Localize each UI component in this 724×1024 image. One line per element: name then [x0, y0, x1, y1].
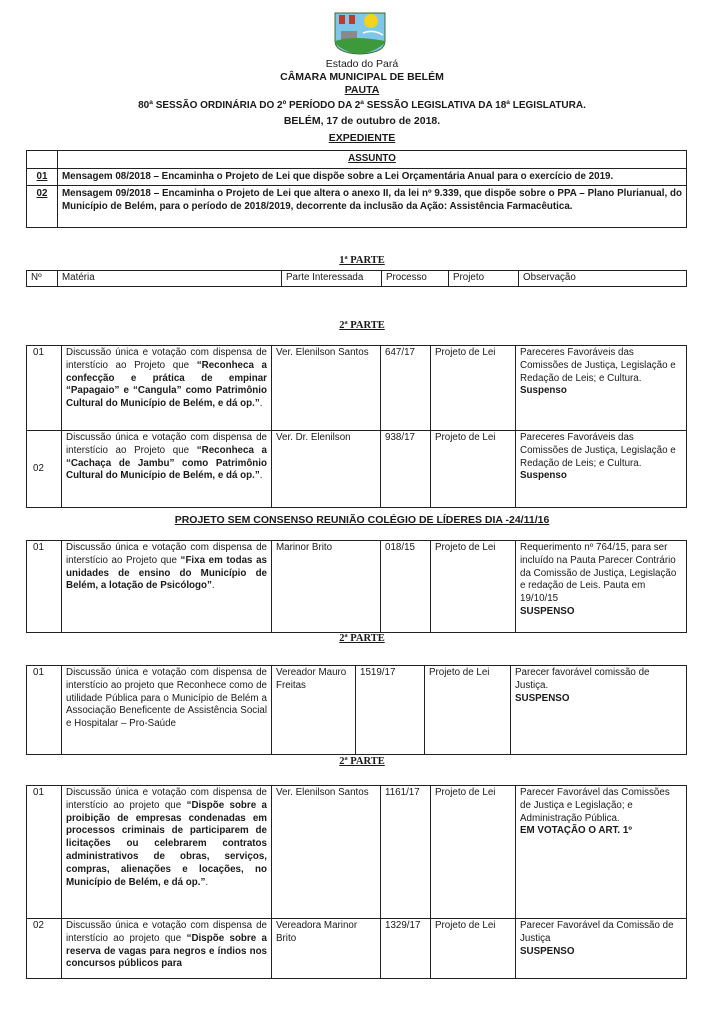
table-row: 01 Discussão única e votação com dispens…: [27, 786, 687, 919]
materia-cell: Discussão única e votação com dispensa d…: [62, 346, 272, 431]
row-number: 02: [27, 431, 62, 508]
projeto: Projeto de Lei: [431, 541, 516, 633]
row-number: 02: [27, 186, 58, 228]
projeto: Projeto de Lei: [425, 666, 511, 755]
table-row: 02 Discussão única e votação com dispens…: [27, 431, 687, 508]
status-label: SUSPENSO: [515, 693, 569, 704]
observacao: Parecer Favorável das Comissões de Justi…: [516, 786, 687, 919]
observacao: Parecer Favorável da Comissão de Justiça…: [516, 919, 687, 979]
materia-cell: Discussão única e votação com dispensa d…: [62, 666, 272, 755]
parte-interessada: Marinor Brito: [272, 541, 381, 633]
processo: 647/17: [381, 346, 431, 431]
col-header-processo: Processo: [382, 271, 449, 287]
status-label: EM VOTAÇÃO O ART. 1º: [520, 825, 632, 836]
projeto: Projeto de Lei: [431, 919, 516, 979]
table-row: 01 Discussão única e votação com dispens…: [27, 346, 687, 431]
col-header-materia: Matéria: [58, 271, 282, 287]
materia-cell: Discussão única e votação com dispensa d…: [62, 431, 272, 508]
col-header-projeto: Projeto: [449, 271, 519, 287]
row-number: 01: [27, 786, 62, 919]
table-row: 01 Mensagem 08/2018 – Encaminha o Projet…: [27, 168, 687, 186]
state-name: Estado do Pará: [0, 58, 724, 71]
parte2a-heading: 2ª PARTE: [0, 320, 724, 331]
processo: 938/17: [381, 431, 431, 508]
projeto: Projeto de Lei: [431, 786, 516, 919]
institution-name: CÂMARA MUNICIPAL DE BELÉM: [0, 71, 724, 84]
status-label: Suspenso: [520, 470, 567, 481]
parte2b-heading: 2ª PARTE: [0, 633, 724, 644]
status-label: SUSPENSO: [520, 946, 574, 957]
processo: 018/15: [381, 541, 431, 633]
row-text: Mensagem 08/2018 – Encaminha o Projeto d…: [58, 168, 687, 186]
parte1-table: Nº Matéria Parte Interessada Processo Pr…: [26, 270, 687, 287]
table-row: 01 Discussão única e votação com dispens…: [27, 541, 687, 633]
table-header-row: Nº Matéria Parte Interessada Processo Pr…: [27, 271, 687, 287]
col-header-num: Nº: [27, 271, 58, 287]
row-number: 01: [27, 168, 58, 186]
parte2a-table: 01 Discussão única e votação com dispens…: [26, 345, 687, 508]
sem-consenso-heading: PROJETO SEM CONSENSO REUNIÃO COLÉGIO DE …: [0, 514, 724, 526]
sem-consenso-table: 01 Discussão única e votação com dispens…: [26, 540, 687, 633]
row-number: 01: [27, 346, 62, 431]
row-number: 02: [27, 919, 62, 979]
parte2c-heading: 2ª PARTE: [0, 756, 724, 767]
parte-interessada: Vereadora Marinor Brito: [272, 919, 381, 979]
crest-logo: [333, 11, 387, 55]
parte-interessada: Ver. Elenilson Santos: [272, 346, 381, 431]
parte2b-table: 01 Discussão única e votação com dispens…: [26, 665, 687, 755]
col-header-parte: Parte Interessada: [282, 271, 382, 287]
materia-cell: Discussão única e votação com dispensa d…: [62, 541, 272, 633]
processo: 1519/17: [356, 666, 425, 755]
row-text: Mensagem 09/2018 – Encaminha o Projeto d…: [58, 186, 687, 228]
doc-type: PAUTA: [0, 84, 724, 97]
row-number: 01: [27, 666, 62, 755]
observacao: Pareceres Favoráveis das Comissões de Ju…: [516, 431, 687, 508]
session-title: 80ª SESSÃO ORDINÁRIA DO 2º PERÍODO DA 2ª…: [0, 99, 724, 112]
expediente-table: ASSUNTO 01 Mensagem 08/2018 – Encaminha …: [26, 150, 687, 228]
processo: 1329/17: [381, 919, 431, 979]
observacao: Requerimento nº 764/15, para ser incluíd…: [516, 541, 687, 633]
col-header-observacao: Observação: [519, 271, 687, 287]
parte-interessada: Ver. Dr. Elenilson: [272, 431, 381, 508]
parte2c-table: 01 Discussão única e votação com dispens…: [26, 785, 687, 979]
parte1-heading: 1ª PARTE: [0, 255, 724, 266]
table-row: 02 Discussão única e votação com dispens…: [27, 919, 687, 979]
parte-interessada: Vereador Mauro Freitas: [272, 666, 356, 755]
status-label: SUSPENSO: [520, 606, 574, 617]
projeto: Projeto de Lei: [431, 346, 516, 431]
table-header-row: ASSUNTO: [27, 151, 687, 169]
materia-cell: Discussão única e votação com dispensa d…: [62, 786, 272, 919]
parte-interessada: Ver. Elenilson Santos: [272, 786, 381, 919]
projeto: Projeto de Lei: [431, 431, 516, 508]
table-row: 01 Discussão única e votação com dispens…: [27, 666, 687, 755]
status-label: Suspenso: [520, 385, 567, 396]
materia-cell: Discussão única e votação com dispensa d…: [62, 919, 272, 979]
expediente-heading: EXPEDIENTE: [0, 132, 724, 145]
table-row: 02 Mensagem 09/2018 – Encaminha o Projet…: [27, 186, 687, 228]
assunto-header: ASSUNTO: [58, 151, 687, 169]
observacao: Parecer favorável comissão de Justiça.SU…: [511, 666, 687, 755]
observacao: Pareceres Favoráveis das Comissões de Ju…: [516, 346, 687, 431]
session-date: BELÉM, 17 de outubro de 2018.: [0, 115, 724, 128]
row-number: 01: [27, 541, 62, 633]
processo: 1161/17: [381, 786, 431, 919]
